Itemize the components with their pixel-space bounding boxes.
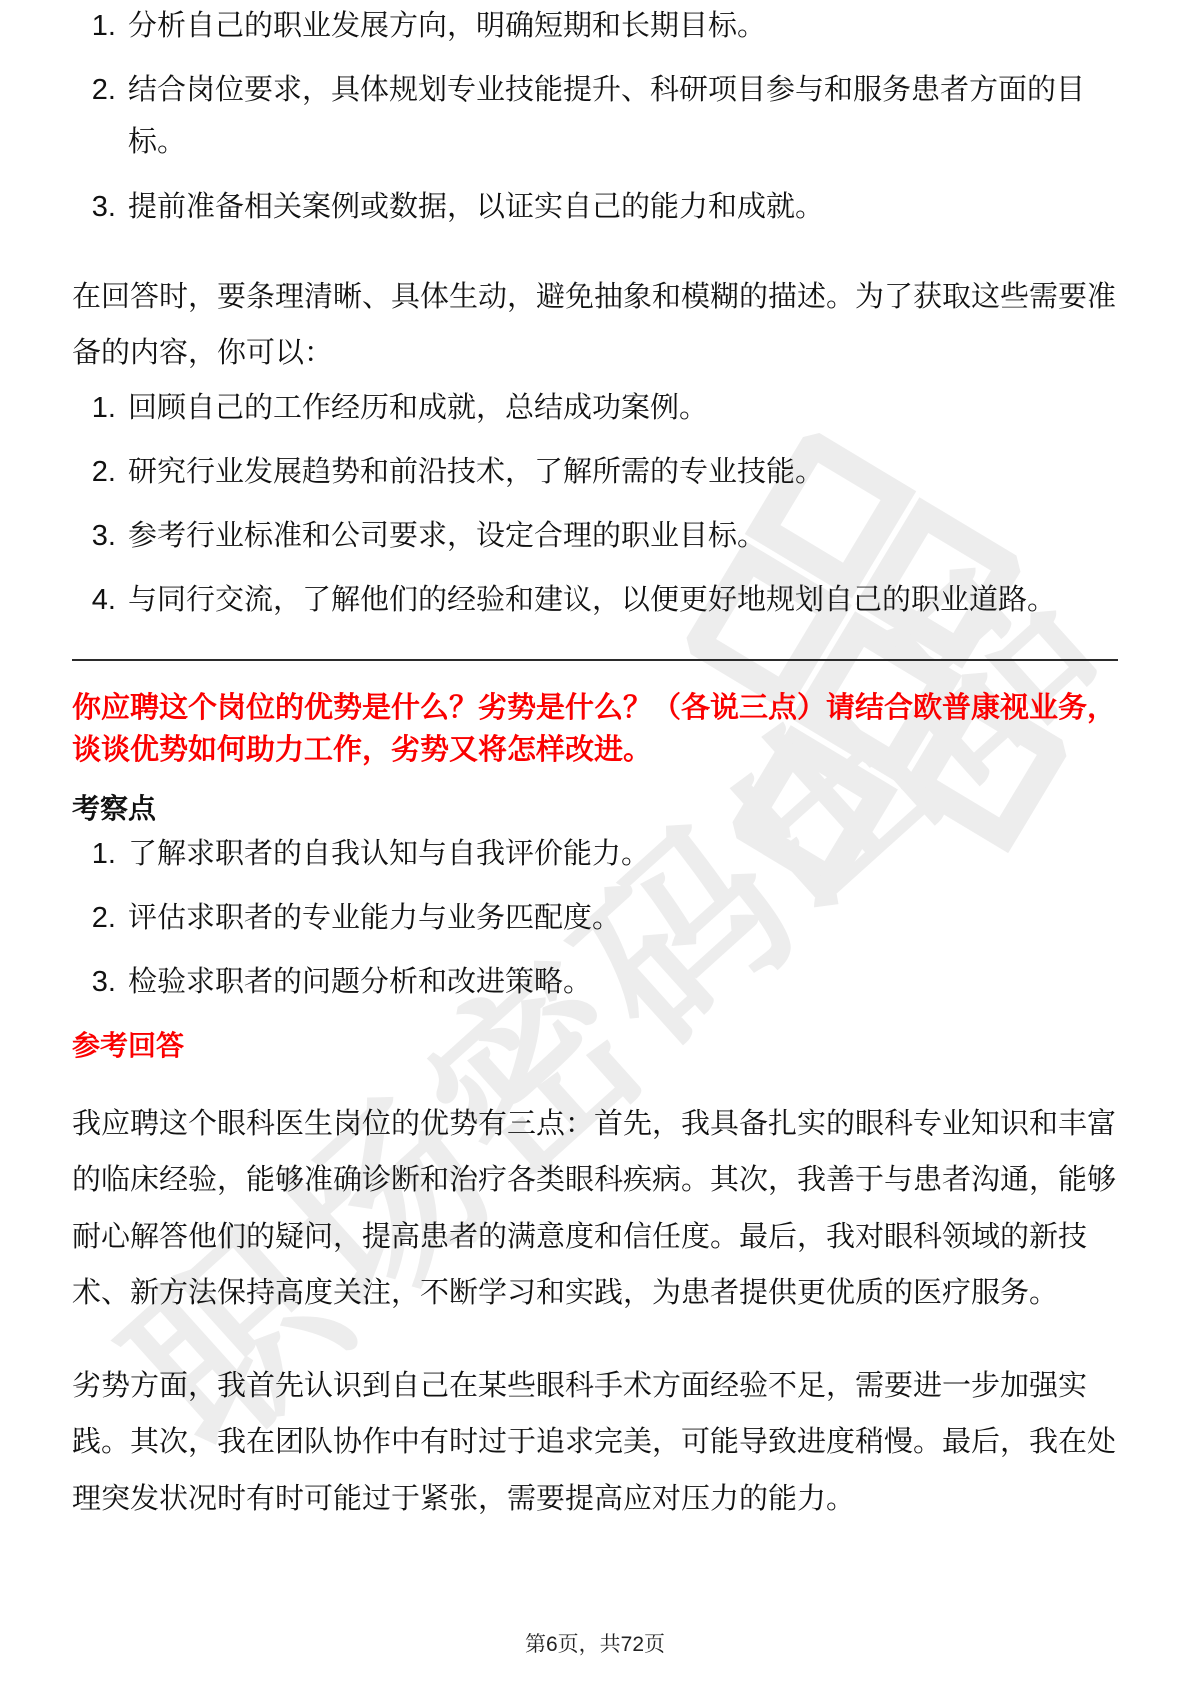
answer-paragraph-weaknesses: 劣势方面，我首先认识到自己在某些眼科手术方面经验不足，需要进一步加强实践。其次，…: [72, 1358, 1118, 1528]
list-item: 检验求职者的问题分析和改进策略。: [124, 956, 1118, 1008]
examination-points-list: 了解求职者的自我认知与自我评价能力。评估求职者的专业能力与业务匹配度。检验求职者…: [72, 828, 1118, 1009]
method-list: 回顾自己的工作经历和成就，总结成功案例。研究行业发展趋势和前沿技术，了解所需的专…: [72, 382, 1118, 627]
answer-paragraph-strengths: 我应聘这个眼科医生岗位的优势有三点：首先，我具备扎实的眼科专业知识和丰富的临床经…: [72, 1096, 1118, 1322]
list-item: 研究行业发展趋势和前沿技术，了解所需的专业技能。: [124, 446, 1118, 498]
document-content: 分析自己的职业发展方向，明确短期和长期目标。结合岗位要求，具体规划专业技能提升、…: [72, 0, 1118, 1527]
list-item: 回顾自己的工作经历和成就，总结成功案例。: [124, 382, 1118, 434]
page-footer: 第6页，共72页: [0, 1628, 1190, 1658]
interview-question: 你应聘这个岗位的优势是什么？劣势是什么？（各说三点）请结合欧普康视业务，谈谈优势…: [72, 687, 1118, 771]
list-item: 结合岗位要求，具体规划专业技能提升、科研项目参与和服务患者方面的目标。: [124, 64, 1118, 168]
list-item: 与同行交流，了解他们的经验和建议，以便更好地规划自己的职业道路。: [124, 574, 1118, 626]
intro-paragraph: 在回答时，要条理清晰、具体生动，避免抽象和模糊的描述。为了获取这些需要准备的内容…: [72, 269, 1118, 382]
list-item: 参考行业标准和公司要求，设定合理的职业目标。: [124, 510, 1118, 562]
section-heading-reference-answer: 参考回答: [72, 1026, 1118, 1065]
list-item: 分析自己的职业发展方向，明确短期和长期目标。: [124, 0, 1118, 52]
list-item: 评估求职者的专业能力与业务匹配度。: [124, 892, 1118, 944]
preparation-list: 分析自己的职业发展方向，明确短期和长期目标。结合岗位要求，具体规划专业技能提升、…: [72, 0, 1118, 233]
document-page: 职场密码出品 分析自己的职业发展方向，明确短期和长期目标。结合岗位要求，具体规划…: [0, 0, 1190, 1684]
section-heading-examination-points: 考察点: [72, 789, 1118, 828]
list-item: 了解求职者的自我认知与自我评价能力。: [124, 828, 1118, 880]
list-item: 提前准备相关案例或数据，以证实自己的能力和成就。: [124, 181, 1118, 233]
section-divider: [72, 659, 1118, 661]
